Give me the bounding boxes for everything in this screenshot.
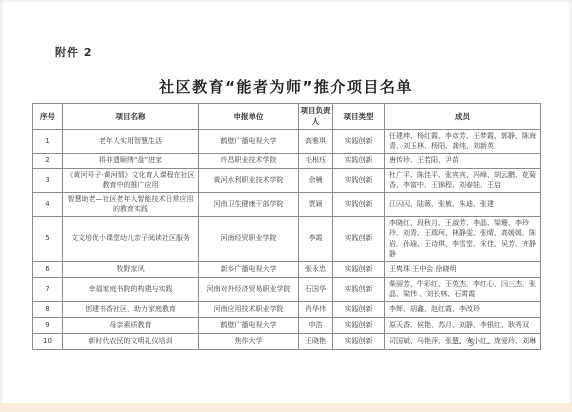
table-row: 5 文文培优小课堂幼儿亲子阅读社区服务 河南经贸职业学院 李霞 实践创新 李晓红… <box>33 216 541 261</box>
cell-members: 唐传珍、王若阳、尹苗 <box>385 153 541 168</box>
table-row: 6 牧野家风 新乡广播电视大学 张永忠 实践创新 王隽珠 王中会 徐晓明 <box>33 261 541 277</box>
cell-project-name: 智慧助老—社区老年人智能技术日常应用的教育实践 <box>63 192 199 216</box>
cell-leader: 余楠 <box>299 168 333 192</box>
cell-project-name: 幸福家庭书院的构建与实践 <box>63 277 199 301</box>
cell-members: 王隽珠 王中会 徐晓明 <box>385 261 541 277</box>
cell-type: 实践创新 <box>333 317 385 333</box>
cell-unit: 黄河水利职业技术学院 <box>199 168 299 192</box>
cell-unit: 鹤壁广播电视大学 <box>199 317 299 333</box>
cell-leader: 贾颖 <box>299 192 333 216</box>
cell-type: 实践创新 <box>333 168 385 192</box>
cell-no: 3 <box>33 168 63 192</box>
cell-members: 柴丽芳、牛彩红、王英杰、李红心、闫三杰、张晶、梁伟 、刘长林、石霄霞 <box>385 277 541 301</box>
page-title: 社区教育“能者为师”推介项目名单 <box>0 76 572 97</box>
cell-leader: 申浩 <box>299 317 333 333</box>
cell-project-name: 将非遗顺绣“盘”进家 <box>63 153 199 168</box>
cell-unit: 河南应用技术职业学院 <box>199 301 299 317</box>
cell-project-name: 母亲素质教育 <box>63 317 199 333</box>
table-row: 7 幸福家庭书院的构建与实践 河南对外经济贸易职业学院 石国华 实践创新 柴丽芳… <box>33 277 541 301</box>
table-row: 1 老年人实用智慧生活 鹤壁广播电视大学 高雅琪 实践创新 任建坤、杨红霞、李彦… <box>33 129 541 153</box>
cell-no: 9 <box>33 317 63 333</box>
header-type: 项目类型 <box>333 104 385 130</box>
cell-project-name: 文文培优小课堂幼儿亲子阅读社区服务 <box>63 216 199 261</box>
header-project-name: 项目名称 <box>63 104 199 130</box>
cell-leader: 王晓艳 <box>299 333 333 349</box>
cell-leader: 高雅琪 <box>299 129 333 153</box>
cell-project-name: 《黄河号子·黄河情》文化育人课程在社区教育中的推广应用 <box>63 168 199 192</box>
bottom-scan-band <box>0 403 572 412</box>
cell-project-name: 新时代农民的文明礼仪培训 <box>63 333 199 349</box>
cell-type: 实践创新 <box>333 129 385 153</box>
table-body: 1 老年人实用智慧生活 鹤壁广播电视大学 高雅琪 实践创新 任建坤、杨红霞、李彦… <box>33 129 541 349</box>
table-row: 8 创建书香社区，助力家庭教育 河南应用技术职业学院 肖华伟 实践创新 李辉、胡… <box>33 301 541 317</box>
cell-unit: 许昌职业技术学院 <box>199 153 299 168</box>
cell-members: 原天香、侯艳、苏月、刘静、李银红、耿秀双 <box>385 317 541 333</box>
header-members: 成员 <box>385 104 541 130</box>
cell-no: 6 <box>33 261 63 277</box>
table-header: 序号 项目名称 申报单位 项目负责人 项目类型 成员 <box>33 104 541 130</box>
cell-project-name: 牧野家风 <box>63 261 199 277</box>
cell-type: 实践创新 <box>333 261 385 277</box>
cell-type: 实践创新 <box>333 216 385 261</box>
cell-no: 1 <box>33 129 63 153</box>
cell-project-name: 老年人实用智慧生活 <box>63 129 199 153</box>
cell-type: 实践创新 <box>333 153 385 168</box>
cell-unit: 河南经贸职业学院 <box>199 216 299 261</box>
cell-unit: 河南对外经济贸易职业学院 <box>199 277 299 301</box>
attachment-label: 附件 2 <box>55 44 92 60</box>
page-number: — 5 — <box>452 338 493 349</box>
projects-table: 序号 项目名称 申报单位 项目负责人 项目类型 成员 1 老年人实用智慧生活 鹤… <box>32 103 541 350</box>
cell-no: 4 <box>33 192 63 216</box>
cell-members: 李晓红、段秋月、王淑芳、李晶、梁珊、李玲玲、刘青、王瑞珂、林静雯、张晴、高媛媛、… <box>385 216 541 261</box>
cell-unit: 焦作大学 <box>199 333 299 349</box>
table-row: 3 《黄河号子·黄河情》文化育人课程在社区教育中的推广应用 黄河水利职业技术学院… <box>33 168 541 192</box>
cell-no: 5 <box>33 216 63 261</box>
table-row: 2 将非遗顺绣“盘”进家 许昌职业技术学院 毛根珏 实践创新 唐传珍、王若阳、尹… <box>33 153 541 168</box>
cell-unit: 河南卫生健康干部学院 <box>199 192 299 216</box>
table-header-row: 序号 项目名称 申报单位 项目负责人 项目类型 成员 <box>33 104 541 130</box>
cell-leader: 石国华 <box>299 277 333 301</box>
cell-members: 任建坤、杨红霞、李彦芳、王梦霞、郭静、陈海青、刘玉林、杨阳、龚纯、刘新英 <box>385 129 541 153</box>
cell-type: 实践创新 <box>333 192 385 216</box>
cell-members: 杜广平、陈佳平、张宾宾、冯峰、胡云鹏、花菊香、李富中、王锦程、刘春娃、王启 <box>385 168 541 192</box>
cell-no: 8 <box>33 301 63 317</box>
cell-members: 李辉、胡鑫、赵红霞、李改玲 <box>385 301 541 317</box>
cell-leader: 毛根珏 <box>299 153 333 168</box>
header-unit: 申报单位 <box>199 104 299 130</box>
header-no: 序号 <box>33 104 63 130</box>
cell-no: 2 <box>33 153 63 168</box>
cell-no: 10 <box>33 333 63 349</box>
cell-unit: 鹤壁广播电视大学 <box>199 129 299 153</box>
cell-leader: 张永忠 <box>299 261 333 277</box>
cell-unit: 新乡广播电视大学 <box>199 261 299 277</box>
cell-leader: 肖华伟 <box>299 301 333 317</box>
cell-type: 实践创新 <box>333 333 385 349</box>
table-row: 4 智慧助老—社区老年人智能技术日常应用的教育实践 河南卫生健康干部学院 贾颖 … <box>33 192 541 216</box>
cell-project-name: 创建书香社区，助力家庭教育 <box>63 301 199 317</box>
cell-type: 实践创新 <box>333 277 385 301</box>
header-leader: 项目负责人 <box>299 104 333 130</box>
cell-type: 实践创新 <box>333 301 385 317</box>
cell-no: 7 <box>33 277 63 301</box>
table-row: 9 母亲素质教育 鹤壁广播电视大学 申浩 实践创新 原天香、侯艳、苏月、刘静、李… <box>33 317 541 333</box>
cell-members: 江闪闪、陆薇、张敏、朱迪、张建 <box>385 192 541 216</box>
cell-leader: 李霞 <box>299 216 333 261</box>
